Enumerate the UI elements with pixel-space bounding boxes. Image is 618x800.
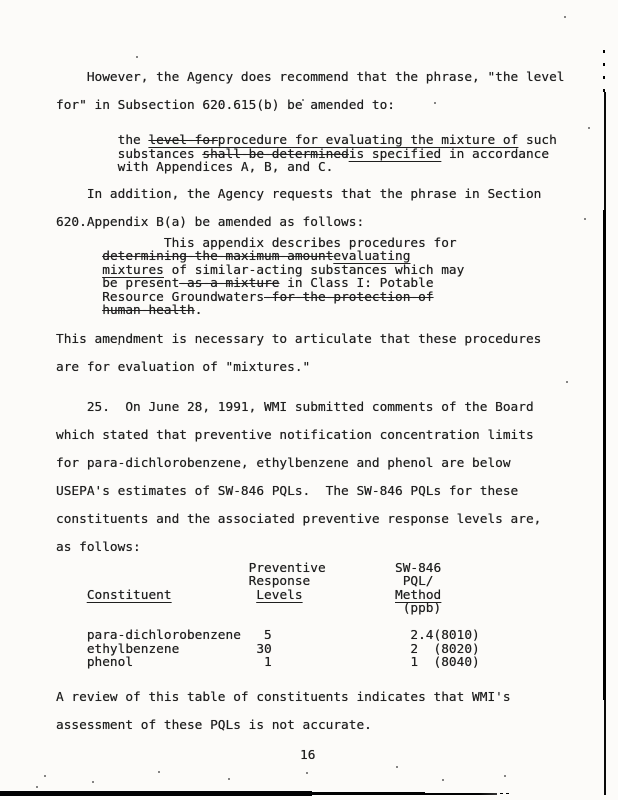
scan-noise-dot (442, 779, 444, 781)
scan-noise-dot (564, 16, 566, 18)
paragraph-amendment-necessary: This amendment is necessary to articulat… (56, 326, 565, 382)
text-line: are for evaluation of "mixtures." (56, 354, 565, 382)
text-line: A review of this table of constituents i… (56, 684, 565, 712)
text-line: for para-dichlorobenzene, ethylbenzene a… (56, 450, 565, 478)
paragraph-review-conclusion: A review of this table of constituents i… (56, 684, 565, 740)
text-line: USEPA's estimates of SW-846 PQLs. The SW… (56, 478, 565, 506)
pql-table: Preventive SW-846 Response PQL/ Constitu… (56, 562, 565, 670)
scan-bottom-bar (500, 793, 512, 794)
scan-noise-dot (306, 772, 308, 774)
text-line (56, 616, 565, 630)
text-line: However, the Agency does recommend that … (56, 64, 565, 92)
scan-noise-dot (36, 786, 38, 788)
text-line: determining-the-maximum-amountevaluating (56, 250, 565, 264)
scan-noise-dot (136, 56, 138, 58)
text-line: Preventive SW-846 (56, 562, 565, 576)
scan-noise-dot (44, 775, 46, 777)
scan-noise-dot (302, 99, 304, 101)
text-line: constituents and the associated preventi… (56, 506, 565, 534)
text-line: mixtures of similar-acting substances wh… (56, 264, 565, 278)
text-line: Response PQL/ (56, 575, 565, 589)
paragraph-25-wmi-comments: 25. On June 28, 1991, WMI submitted comm… (56, 394, 565, 562)
text-line: This appendix describes procedures for (56, 237, 565, 251)
text-line: para-dichlorobenzene 5 2.4(8010) (56, 629, 565, 643)
scan-noise-dot (434, 102, 436, 104)
scan-noise-dot (588, 127, 590, 129)
text-line: 25. On June 28, 1991, WMI submitted comm… (56, 394, 565, 422)
amended-text-block-620-615b: the level-forprocedure for evaluating th… (56, 134, 565, 175)
text-line: be present-as-a-mixture in Class I: Pota… (56, 277, 565, 291)
text-line: In addition, the Agency requests that th… (56, 181, 565, 209)
text-line: 620.Appendix B(a) be amended as follows: (56, 209, 565, 237)
scan-noise-dot (566, 381, 568, 383)
text-line: phenol 1 1 (8040) (56, 656, 565, 670)
scan-bottom-bar (0, 791, 312, 796)
amended-text-block-appendix-ba: This appendix describes procedures for d… (56, 237, 565, 318)
text-line: Constituent Levels Method (56, 589, 565, 603)
text-line: human-health. (56, 304, 565, 318)
scan-bottom-bar (425, 793, 497, 795)
text-line: assessment of these PQLs is not accurate… (56, 712, 565, 740)
scan-edge-dashes (603, 50, 605, 92)
paragraph-agency-request: In addition, the Agency requests that th… (56, 181, 565, 237)
scan-edge-line-lower (604, 700, 606, 795)
paragraph-agency-recommendation: However, the Agency does recommend that … (56, 64, 565, 120)
scan-edge-line-upper (604, 92, 606, 210)
page-number: 16 (300, 748, 315, 763)
scan-noise-dot (396, 766, 398, 768)
text-line: Resource Groundwaters-for-the-protection… (56, 291, 565, 305)
scan-noise-dot (158, 771, 160, 773)
scan-noise-dot (504, 775, 506, 777)
text-line: ethylbenzene 30 2 (8020) (56, 643, 565, 657)
scan-noise-dot (228, 778, 230, 780)
scan-noise-dot (584, 218, 586, 220)
text-line: which stated that preventive notificatio… (56, 422, 565, 450)
scan-edge-line-middle (603, 210, 606, 700)
scanned-document-page: However, the Agency does recommend that … (0, 0, 618, 800)
text-line: as follows: (56, 534, 565, 562)
scan-noise-dot (92, 781, 94, 783)
scan-noise-dot (118, 343, 120, 345)
document-body: However, the Agency does recommend that … (56, 64, 565, 740)
text-line: (ppb) (56, 602, 565, 616)
text-line: with Appendices A, B, and C. (56, 161, 565, 175)
scan-bottom-bar (312, 792, 425, 795)
text-line: for" in Subsection 620.615(b) be amended… (56, 92, 565, 120)
text-line: This amendment is necessary to articulat… (56, 326, 565, 354)
text-line: the level-forprocedure for evaluating th… (56, 134, 565, 148)
text-line: substances shall-be-determinedis specifi… (56, 148, 565, 162)
